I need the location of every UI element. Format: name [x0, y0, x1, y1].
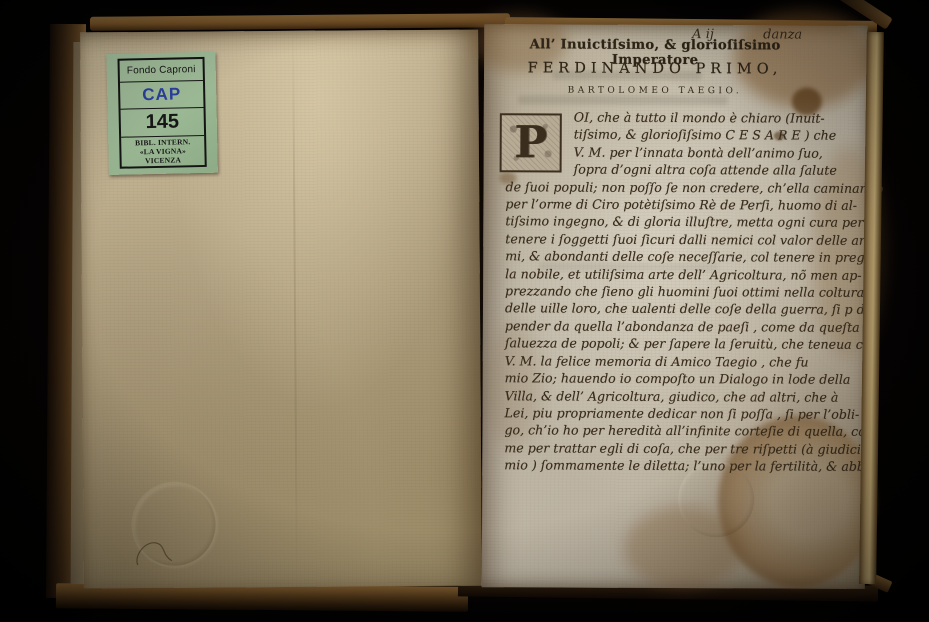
dedicatee-name: FERDINANDO PRIMO, [506, 60, 804, 77]
label-code-text: CAP [142, 84, 181, 105]
body-text-line: de ſuoi populi; non poſſo ſe non credere… [505, 178, 803, 197]
body-text-line: tenere i ſoggetti ſuoi ſicuri dalli nemi… [505, 230, 803, 249]
left-flyleaf-page: Fondo Caproni CAP 145 BIBL. INTERN. «LA … [80, 30, 482, 589]
label-collection-row: Fondo Caproni [120, 59, 203, 83]
body-text-line: tiſsimo, & glorioſiſsimo C E S A R E ) c… [574, 126, 804, 144]
body-text-line: go, ch’io ho per heredità all’infinite c… [504, 422, 802, 441]
stray-fiber [132, 537, 178, 569]
body-text-line: mio Zio; hauendo io compoſto un Dialogo … [505, 369, 803, 388]
body-text-line: Villa, & dell’ Agricoltura, giudico, che… [505, 387, 803, 406]
body-text-line: delle uille loro, che ualenti delle coſe… [505, 300, 803, 319]
book-photograph: Fondo Caproni CAP 145 BIBL. INTERN. «LA … [0, 0, 929, 622]
body-text-line: tiſsimo ingegno, & di gloria illuſtre, m… [505, 213, 803, 232]
author-name: BARTOLOMEO TAEGIO. [506, 85, 804, 96]
body-text-line: mio ) ſommamente le diletta; l’uno per l… [504, 456, 802, 475]
label-border-box: Fondo Caproni CAP 145 BIBL. INTERN. «LA … [117, 57, 206, 169]
body-text-line: Lei, piu propriamente dedicar non ſi poſ… [504, 404, 802, 423]
right-printed-page: All’ Inuictiſsimo, & glorioſiſsimo Imper… [482, 24, 867, 589]
label-institution-row: BIBL. INTERN. «LA VIGNA» VICENZA [121, 136, 205, 167]
label-collection-text: Fondo Caproni [127, 64, 196, 76]
body-text-line: pender da quella l’abondanza de paeſi , … [505, 317, 803, 336]
label-shelf-number: 145 [145, 110, 179, 134]
body-text-line: V. M. la felice memoria di Amico Taegio … [505, 352, 803, 371]
cover-top-edge-left [90, 13, 510, 31]
library-shelfmark-label: Fondo Caproni CAP 145 BIBL. INTERN. «LA … [106, 52, 218, 175]
body-text-line: V. M. per l’innata bontà dell’animo ſuo, [574, 143, 804, 161]
label-number-row: 145 [121, 108, 205, 138]
body-text-line: ſaluezza de popoli; & per ſapere la ſeru… [505, 335, 803, 354]
body-text-line: per l’orme di Ciro potètiſsimo Rè de Per… [505, 195, 803, 214]
body-text-line: la nobile, et utiliſsima arte dell’ Agri… [505, 265, 803, 284]
body-text-line: me per trattar egli di coſa, che per tre… [504, 439, 802, 458]
body-text-line: ſopra d’ogni altra coſa attende alla ſal… [574, 161, 804, 179]
body-text-line: OI, che à tutto il mondo è chiaro (Inuit… [574, 109, 804, 127]
body-text-line: mi, & abondanti delle coſe neceſſarie, c… [505, 248, 803, 267]
label-code-row: CAP [120, 81, 204, 110]
body-text-line: prezzando che ſieno gli huomini ſuoi ott… [505, 282, 803, 301]
printed-text-block: All’ Inuictiſsimo, & glorioſiſsimo Imper… [504, 24, 804, 588]
label-institution-line: VICENZA [145, 155, 181, 165]
dedication-body: OI, che à tutto il mondo è chiaro (Inuit… [504, 108, 804, 475]
